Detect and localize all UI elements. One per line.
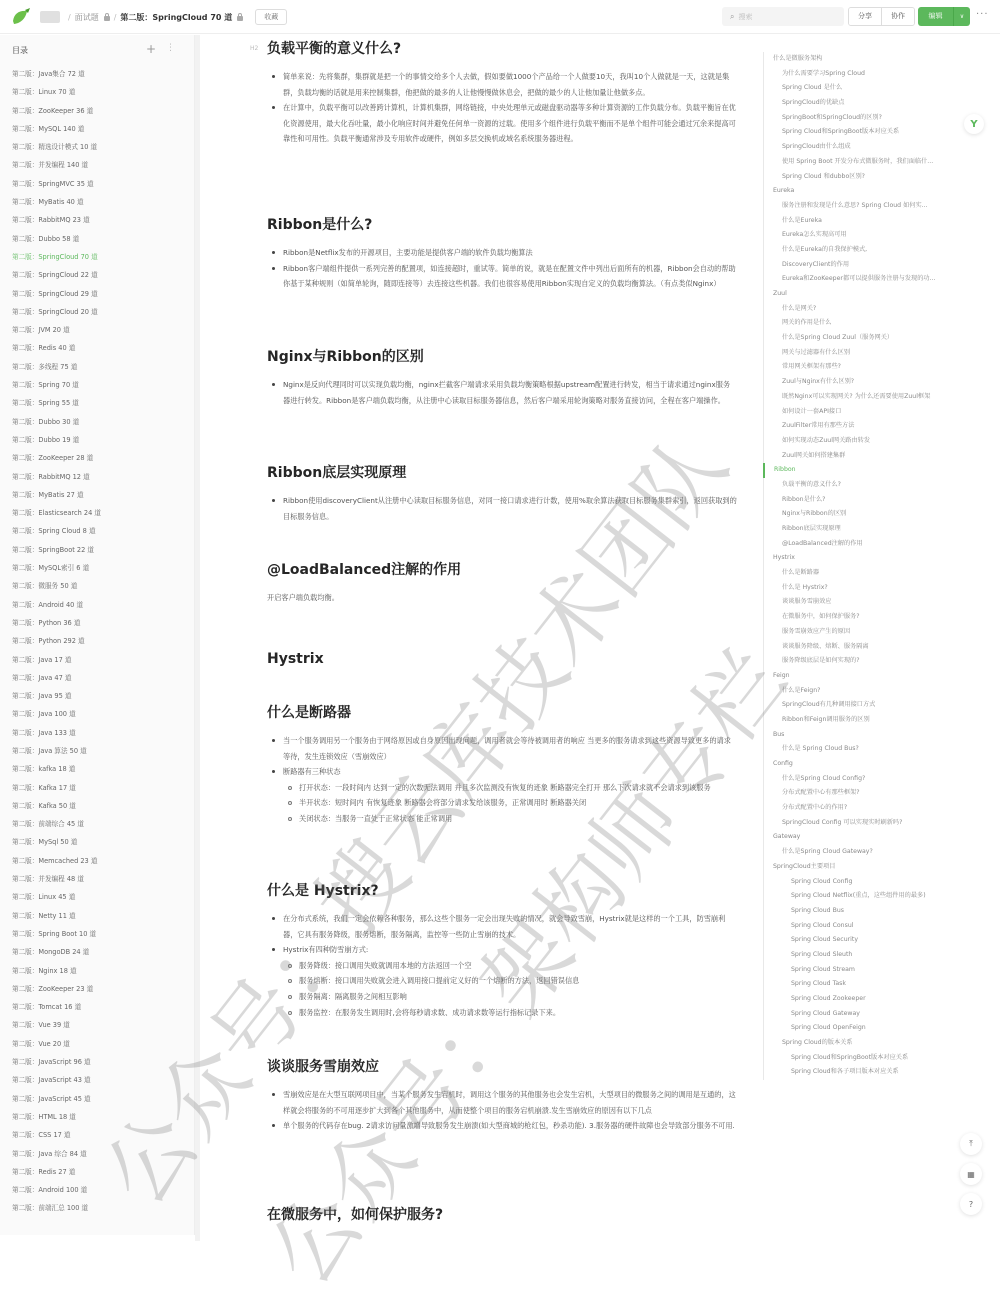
outline-item[interactable]: SpringCloud的优缺点 <box>764 96 953 111</box>
outline-item[interactable]: SpringBoot和SpringCloud的区别? <box>764 111 953 126</box>
sidebar-item[interactable]: 第二版：Java 算法 50 道 <box>12 742 194 760</box>
edit-button[interactable]: 编辑 <box>918 7 954 26</box>
lock-icon <box>104 16 110 21</box>
section-heading: Nginx与Ribbon的区别 <box>267 347 737 367</box>
sidebar-item[interactable]: 第二版：Java 17 道 <box>12 651 194 669</box>
sidebar-item[interactable]: 第二版：Memcached 23 道 <box>12 852 194 870</box>
sub-bullet-item: 服务隔离：隔离服务之间相互影响 <box>267 989 737 1005</box>
doc-section: 什么是断路器当一个服务调用另一个服务由于网络原因或自身原因出现问题，调用者就会等… <box>267 703 737 827</box>
outline-item[interactable]: Spring Cloud和SpringBoot版本对应关系 <box>764 1051 953 1066</box>
sub-bullet-item: 服务熔断：接口调用失败就会进入调用接口提前定义好的一个熔断的方法，返回错误信息 <box>267 973 737 989</box>
outline-item[interactable]: Zuul <box>764 287 953 302</box>
outline-item[interactable]: 什么是 Hystrix? <box>764 581 953 596</box>
outline-item[interactable]: Spring Cloud Gateway <box>764 1007 953 1022</box>
bullet-list: 当一个服务调用另一个服务由于网络原因或自身原因出现问题，调用者就会等待被调用者的… <box>267 733 737 827</box>
sidebar-item[interactable]: 第二版：Dubbo 58 道 <box>12 230 194 248</box>
sidebar: 目录 + ⋮ 第二版：Java集合 72 道第二版：Linux 70 道第二版：… <box>0 35 195 1235</box>
more-vertical-icon[interactable]: ⋮ <box>166 43 175 53</box>
sidebar-item[interactable]: 第二版：Java 95 道 <box>12 687 194 705</box>
outline-item[interactable]: 常用网关框架有那些? <box>764 360 953 375</box>
outline-item[interactable]: Spring Cloud和各子项目版本对应关系 <box>764 1065 953 1080</box>
outline-item[interactable]: 什么是Eureka <box>764 214 953 229</box>
sidebar-item[interactable]: 第二版：Java集合 72 道 <box>12 65 194 83</box>
sidebar-item[interactable]: 第二版：SpringBoot 22 道 <box>12 541 194 559</box>
sidebar-item[interactable]: 第二版：Java 133 道 <box>12 724 194 742</box>
bullet-list: 在分布式系统，我们一定会依赖各种服务，那么这些个服务一定会出现失败的情况，就会导… <box>267 911 737 1020</box>
doc-section: Nginx与Ribbon的区别Nginx是反向代理同时可以实现负载均衡，ngin… <box>267 347 737 408</box>
outline-item[interactable]: 什么是Eureka的自我保护模式, <box>764 243 953 258</box>
edit-button-group: 编辑 ∨ <box>918 7 970 26</box>
bullet-item: Hystrix有四种防雪崩方式: <box>267 942 737 958</box>
bullet-item: Ribbon客户端组件提供一系列完善的配置项，如连接超时，重试等。简单的说，就是… <box>267 261 737 292</box>
sidebar-item[interactable]: 第二版：JavaScript 45 道 <box>12 1090 194 1108</box>
doc-section: 负载平衡的意义什么?简单来说：先将集群，集群就是把一个的事情交给多个人去做，假如… <box>267 39 737 147</box>
outline-item[interactable]: Spring Cloud Netflix(重点，这些组件用的最多) <box>764 889 953 904</box>
sidebar-item[interactable]: 第二版：多线程 75 道 <box>12 358 194 376</box>
outline-item[interactable]: Ribbon底层实现原理 <box>764 522 953 537</box>
sidebar-item[interactable]: 第二版：并发编程 48 道 <box>12 870 194 888</box>
section-heading: Ribbon底层实现原理 <box>267 463 737 483</box>
outline-item[interactable]: DiscoveryClient的作用 <box>764 258 953 273</box>
sidebar-item[interactable]: 第二版：Java 综合 84 道 <box>12 1145 194 1163</box>
doc-section: Ribbon底层实现原理Ribbon使用discoveryClient从注册中心… <box>267 463 737 524</box>
outline-item[interactable]: ZuulFilter常用有那些方法 <box>764 419 953 434</box>
doc-section: 什么是 Hystrix?在分布式系统，我们一定会依赖各种服务，那么这些个服务一定… <box>267 881 737 1020</box>
outline-item[interactable]: Gateway <box>764 830 953 845</box>
sidebar-item[interactable]: 第二版：Android 40 道 <box>12 596 194 614</box>
sidebar-item[interactable]: 第二版：Spring 55 道 <box>12 394 194 412</box>
bullet-item: Ribbon是Netflix发布的开源项目，主要功能是提供客户端的软件负载均衡算… <box>267 245 737 261</box>
sidebar-item[interactable]: 第二版：Java 100 道 <box>12 705 194 723</box>
add-icon[interactable]: + <box>146 42 156 56</box>
sidebar-item[interactable]: 第二版：RabbitMQ 12 道 <box>12 468 194 486</box>
sub-bullet-item: 服务监控：在服务发生调用时,会将每秒请求数、成功请求数等运行指标记录下来。 <box>267 1005 737 1021</box>
outline-item[interactable]: 谈谈服务降级、熔断、服务隔离 <box>764 640 953 655</box>
sidebar-item[interactable]: 第二版：SpringCloud 29 道 <box>12 285 194 303</box>
sidebar-item[interactable]: 第二版：MongoDB 24 道 <box>12 943 194 961</box>
outline-item[interactable]: 在微服务中，如何保护服务? <box>764 610 953 625</box>
outline-item[interactable]: 什么是断路器 <box>764 566 953 581</box>
share-collab-group: 分享 协作 <box>848 7 915 26</box>
back-to-top-button[interactable]: ⤒ <box>960 1133 982 1155</box>
outline-item[interactable]: SpringCloud由什么组成 <box>764 140 953 155</box>
chevron-down-icon[interactable]: ∨ <box>954 7 970 26</box>
sidebar-item[interactable]: 第二版：前端汇总 100 道 <box>12 1199 194 1217</box>
more-options-icon[interactable]: ··· <box>976 9 989 20</box>
outline-item[interactable]: Zuul与Nginx有什么区别? <box>764 375 953 390</box>
outline-item[interactable]: Config <box>764 757 953 772</box>
sidebar-item[interactable]: 第二版：Vue 39 道 <box>12 1016 194 1034</box>
outline-item[interactable]: Ribbon <box>763 463 953 478</box>
bullet-item: Nginx是反向代理同时可以实现负载均衡，nginx拦截客户端请求采用负载均衡策… <box>267 377 737 408</box>
doc-section: Ribbon是什么?Ribbon是Netflix发布的开源项目，主要功能是提供客… <box>267 215 737 292</box>
sidebar-item[interactable]: 第二版：Vue 20 道 <box>12 1035 194 1053</box>
bullet-item: 在分布式系统，我们一定会依赖各种服务，那么这些个服务一定会出现失败的情况，就会导… <box>267 911 737 942</box>
section-heading: 什么是 Hystrix? <box>267 881 737 901</box>
sidebar-item[interactable]: 第二版：Dubbo 19 道 <box>12 431 194 449</box>
bullet-item: 简单来说：先将集群，集群就是把一个的事情交给多个人去做，假如要做1000个产品给… <box>267 69 737 100</box>
outline-item[interactable]: 什么是Feign? <box>764 684 953 699</box>
sidebar-item[interactable]: 第二版：Spring 70 道 <box>12 376 194 394</box>
sidebar-item[interactable]: 第二版：微服务 50 道 <box>12 577 194 595</box>
sidebar-item[interactable]: 第二版：Spring Boot 10 道 <box>12 925 194 943</box>
document-outline: 什么是微服务架构为什么需要学习Spring CloudSpring Cloud … <box>763 52 953 1080</box>
section-heading: Ribbon是什么? <box>267 215 737 235</box>
bullet-item: Ribbon使用discoveryClient从注册中心读取目标服务信息，对同一… <box>267 493 737 524</box>
sidebar-item[interactable]: 第二版：MySql 50 道 <box>12 833 194 851</box>
sidebar-item[interactable]: 第二版：并发编程 140 道 <box>12 156 194 174</box>
section-heading: 谈谈服务雪崩效应 <box>267 1057 737 1077</box>
outline-item[interactable]: 为什么需要学习Spring Cloud <box>764 67 953 82</box>
section-paragraph: 开启客户端负载均衡。 <box>267 590 737 606</box>
outline-item[interactable]: 服务降级底层是如何实现的? <box>764 654 953 669</box>
heading-level-tag: H2 <box>250 45 258 52</box>
outline-item[interactable]: Zuul网关如何搭建集群 <box>764 449 953 464</box>
share-button[interactable]: 分享 <box>849 8 881 25</box>
outline-item[interactable]: 既然Nginx可以实现网关? 为什么还需要使用Zuul框架 <box>764 390 953 405</box>
section-heading: @LoadBalanced注解的作用 <box>267 560 737 580</box>
outline-item[interactable]: 什么是网关? <box>764 302 953 317</box>
sidebar-item[interactable]: 第二版：JavaScript 96 道 <box>12 1053 194 1071</box>
outline-item[interactable]: Spring Cloud Config <box>764 875 953 890</box>
outline-item[interactable]: SpringCloud主要项目 <box>764 860 953 875</box>
outline-item[interactable]: Spring Cloud 和dubbo区别? <box>764 170 953 185</box>
sidebar-item[interactable]: 第二版：JavaScript 43 道 <box>12 1071 194 1089</box>
sidebar-item[interactable]: 第二版：Dubbo 30 道 <box>12 413 194 431</box>
outline-item[interactable]: 网关的作用是什么 <box>764 316 953 331</box>
sidebar-item[interactable]: 第二版：HTML 18 道 <box>12 1108 194 1126</box>
breadcrumb-item-book[interactable]: 面试题 <box>75 12 99 23</box>
outline-item[interactable]: 服务雪崩效应产生的原因 <box>764 625 953 640</box>
sidebar-item[interactable]: 第二版：SpringCloud 20 道 <box>12 303 194 321</box>
outline-item[interactable]: Spring Cloud和SpringBoot版本对应关系 <box>764 125 953 140</box>
sub-bullet-item: 半开状态：短时间内 有恢复迹象 断路器会将部分请求发给该服务，正常调用时 断路器… <box>267 795 737 811</box>
bullet-item: 雪崩效应是在大型互联网项目中，当某个服务发生宕机时，调用这个服务的其他服务也会发… <box>267 1087 737 1118</box>
outline-item[interactable]: 谈谈服务雪崩效应 <box>764 595 953 610</box>
sidebar-item[interactable]: 第二版：JVM 20 道 <box>12 321 194 339</box>
breadcrumb-item-doc[interactable]: 第二版：SpringCloud 70 道 <box>120 12 232 23</box>
sub-bullet-item: 打开状态：一段时间内 达到一定的次数无法调用 并且多次监测没有恢复的迹象 断路器… <box>267 780 737 796</box>
sidebar-item[interactable]: 第二版：MySQL 140 道 <box>12 120 194 138</box>
doc-section: @LoadBalanced注解的作用开启客户端负载均衡。 <box>267 560 737 606</box>
help-button[interactable]: ? <box>960 1193 982 1215</box>
sidebar-item[interactable]: 第二版：SpringCloud 22 道 <box>12 266 194 284</box>
sidebar-item[interactable]: 第二版：Linux 45 道 <box>12 888 194 906</box>
assistant-button[interactable]: Y <box>964 114 984 134</box>
sidebar-header: 目录 + ⋮ <box>0 35 194 65</box>
breadcrumb-space-avatar[interactable] <box>40 11 60 23</box>
outline-item[interactable]: 分布式配置中心有那些框架? <box>764 786 953 801</box>
app-logo-icon[interactable] <box>10 7 32 27</box>
sidebar-item[interactable]: 第二版：Redis 40 道 <box>12 339 194 357</box>
outline-item[interactable]: 什么是Spring Cloud Gateway? <box>764 845 953 860</box>
sidebar-resize-handle[interactable] <box>195 35 200 1241</box>
top-bar: / 面试题 / 第二版：SpringCloud 70 道 收藏 ⌕ 搜索 分享 … <box>0 0 1000 34</box>
lock-icon <box>237 16 243 21</box>
favorite-button[interactable]: 收藏 <box>255 9 287 25</box>
outline-item[interactable]: 什么是Spring Cloud Zuul（服务网关） <box>764 331 953 346</box>
sidebar-item[interactable]: 第二版：Elasticsearch 24 道 <box>12 504 194 522</box>
doc-section: Hystrix <box>267 649 737 669</box>
outline-item[interactable]: Bus <box>764 728 953 743</box>
outline-item[interactable]: @LoadBalanced注解的作用 <box>764 537 953 552</box>
sidebar-item[interactable]: 第二版：ZooKeeper 36 道 <box>12 102 194 120</box>
outline-item[interactable]: Spring Cloud Zookeeper <box>764 992 953 1007</box>
section-heading: 在微服务中，如何保护服务? <box>267 1205 737 1225</box>
sidebar-item[interactable]: 第二版：CSS 17 道 <box>12 1126 194 1144</box>
outline-item[interactable]: 使用 Spring Boot 开发分布式微服务时，我们面临什... <box>764 155 953 170</box>
collaborate-button[interactable]: 协作 <box>881 8 914 25</box>
sidebar-item[interactable]: 第二版：Spring Cloud 8 道 <box>12 522 194 540</box>
outline-item[interactable]: Spring Cloud Stream <box>764 963 953 978</box>
sidebar-item[interactable]: 第二版：MyBatis 27 道 <box>12 486 194 504</box>
bullet-list: Nginx是反向代理同时可以实现负载均衡，nginx拦截客户端请求采用负载均衡策… <box>267 377 737 408</box>
outline-item[interactable]: Spring Cloud Security <box>764 933 953 948</box>
outline-item[interactable]: 什么是微服务架构 <box>764 52 953 67</box>
sidebar-item[interactable]: 第二版：Nginx 18 道 <box>12 962 194 980</box>
sidebar-doc-list: 第二版：Java集合 72 道第二版：Linux 70 道第二版：ZooKeep… <box>0 65 194 1218</box>
sidebar-item[interactable]: 第二版：Java 47 道 <box>12 669 194 687</box>
outline-item[interactable]: Hystrix <box>764 551 953 566</box>
breadcrumb: / 面试题 / 第二版：SpringCloud 70 道 收藏 <box>40 0 287 34</box>
bullet-item: 断路器有三种状态 <box>267 764 737 780</box>
search-placeholder: 搜索 <box>738 12 752 22</box>
sidebar-item[interactable]: 第二版：Android 100 道 <box>12 1181 194 1199</box>
outline-item[interactable]: Spring Cloud 是什么 <box>764 81 953 96</box>
search-icon: ⌕ <box>730 12 734 22</box>
sidebar-item[interactable]: 第二版：Python 292 道 <box>12 632 194 650</box>
sidebar-item[interactable]: 第二版：前端综合 45 道 <box>12 815 194 833</box>
sidebar-item[interactable]: 第二版：SpringCloud 70 道 <box>12 248 194 266</box>
outline-item[interactable]: 如何设计一套API接口 <box>764 405 953 420</box>
outline-item[interactable]: Eureka <box>764 184 953 199</box>
section-heading: 负载平衡的意义什么? <box>267 39 737 59</box>
outline-item[interactable]: Spring Cloud Bus <box>764 904 953 919</box>
bullet-item: 单个服务的代码存在bug. 2请求访问量激增导致服务发生崩溃(如大型商城的枪红包… <box>267 1118 737 1134</box>
bullet-list: Ribbon是Netflix发布的开源项目，主要功能是提供客户端的软件负载均衡算… <box>267 245 737 292</box>
doc-section: 在微服务中，如何保护服务? <box>267 1205 737 1225</box>
sidebar-item[interactable]: 第二版：Linux 70 道 <box>12 83 194 101</box>
outline-item[interactable]: SpringCloud有几种调用接口方式 <box>764 698 953 713</box>
sidebar-item[interactable]: 第二版：Redis 27 道 <box>12 1163 194 1181</box>
outline-item[interactable]: 什么是 Spring Cloud Bus? <box>764 742 953 757</box>
outline-item[interactable]: 分布式配置中心的作用? <box>764 801 953 816</box>
outline-item[interactable]: 网关与过滤器有什么区别 <box>764 346 953 361</box>
sub-bullet-item: 关闭状态：当服务一直处于正常状态 能正常调用 <box>267 811 737 827</box>
outline-item[interactable]: Spring Cloud Consul <box>764 919 953 934</box>
sidebar-item[interactable]: 第二版：MySQL索引 6 道 <box>12 559 194 577</box>
outline-item[interactable]: Feign <box>764 669 953 684</box>
outline-item[interactable]: Spring Cloud的版本关系 <box>764 1036 953 1051</box>
sidebar-item[interactable]: 第二版：Tomcat 16 道 <box>12 998 194 1016</box>
outline-item[interactable]: 什么是Spring Cloud Config? <box>764 772 953 787</box>
outline-item[interactable]: Nginx与Ribbon的区别 <box>764 507 953 522</box>
bullet-list: Ribbon使用discoveryClient从注册中心读取目标服务信息，对同一… <box>267 493 737 524</box>
outline-item[interactable]: 如何实现动态Zuul网关路由转发 <box>764 434 953 449</box>
sidebar-item[interactable]: 第二版：Python 36 道 <box>12 614 194 632</box>
outline-item[interactable]: Spring Cloud Task <box>764 977 953 992</box>
section-heading: Hystrix <box>267 649 737 669</box>
section-heading: 什么是断路器 <box>267 703 737 723</box>
outline-item[interactable]: Ribbon是什么? <box>764 493 953 508</box>
outline-item[interactable]: 服务注册和发现是什么意思? Spring Cloud 如何实... <box>764 199 953 214</box>
outline-item[interactable]: Eureka怎么实现高可用 <box>764 228 953 243</box>
sidebar-item[interactable]: 第二版：精选设计模式 10 道 <box>12 138 194 156</box>
outline-item[interactable]: Spring Cloud Sleuth <box>764 948 953 963</box>
bullet-item: 当一个服务调用另一个服务由于网络原因或自身原因出现问题，调用者就会等待被调用者的… <box>267 733 737 764</box>
sidebar-item[interactable]: 第二版：MyBatis 40 道 <box>12 193 194 211</box>
outline-item[interactable]: 负载平衡的意义什么? <box>764 478 953 493</box>
bullet-list: 雪崩效应是在大型互联网项目中，当某个服务发生宕机时，调用这个服务的其他服务也会发… <box>267 1087 737 1134</box>
sidebar-item[interactable]: 第二版：RabbitMQ 23 道 <box>12 211 194 229</box>
sidebar-item[interactable]: 第二版：Kafka 17 道 <box>12 779 194 797</box>
sidebar-item[interactable]: 第二版：ZooKeeper 23 道 <box>12 980 194 998</box>
bullet-list: 简单来说：先将集群，集群就是把一个的事情交给多个人去做，假如要做1000个产品给… <box>267 69 737 147</box>
sidebar-item[interactable]: 第二版：ZooKeeper 28 道 <box>12 449 194 467</box>
outline-item[interactable]: SpringCloud Config 可以实现实时刷新吗? <box>764 816 953 831</box>
sub-bullet-item: 服务降级：接口调用失败就调用本地的方法返回一个空 <box>267 958 737 974</box>
sidebar-item[interactable]: 第二版：Netty 11 道 <box>12 907 194 925</box>
bullet-item: 在计算中，负载平衡可以改善跨计算机，计算机集群，网络链接，中央处理单元或磁盘驱动… <box>267 100 737 147</box>
outline-item[interactable]: Spring Cloud OpenFeign <box>764 1021 953 1036</box>
search-input[interactable]: ⌕ 搜索 <box>722 7 844 26</box>
sidebar-item[interactable]: 第二版：SpringMVC 35 道 <box>12 175 194 193</box>
sidebar-item[interactable]: 第二版：Kafka 50 道 <box>12 797 194 815</box>
qrcode-button[interactable]: ▦ <box>960 1163 982 1185</box>
outline-item[interactable]: Eureka和ZooKeeper都可以提供服务注册与发现的功... <box>764 272 953 287</box>
doc-section: 谈谈服务雪崩效应雪崩效应是在大型互联网项目中，当某个服务发生宕机时，调用这个服务… <box>267 1057 737 1134</box>
sidebar-item[interactable]: 第二版：kafka 18 道 <box>12 760 194 778</box>
sidebar-title: 目录 <box>12 45 28 56</box>
outline-item[interactable]: Ribbon和Feign调用服务的区别 <box>764 713 953 728</box>
